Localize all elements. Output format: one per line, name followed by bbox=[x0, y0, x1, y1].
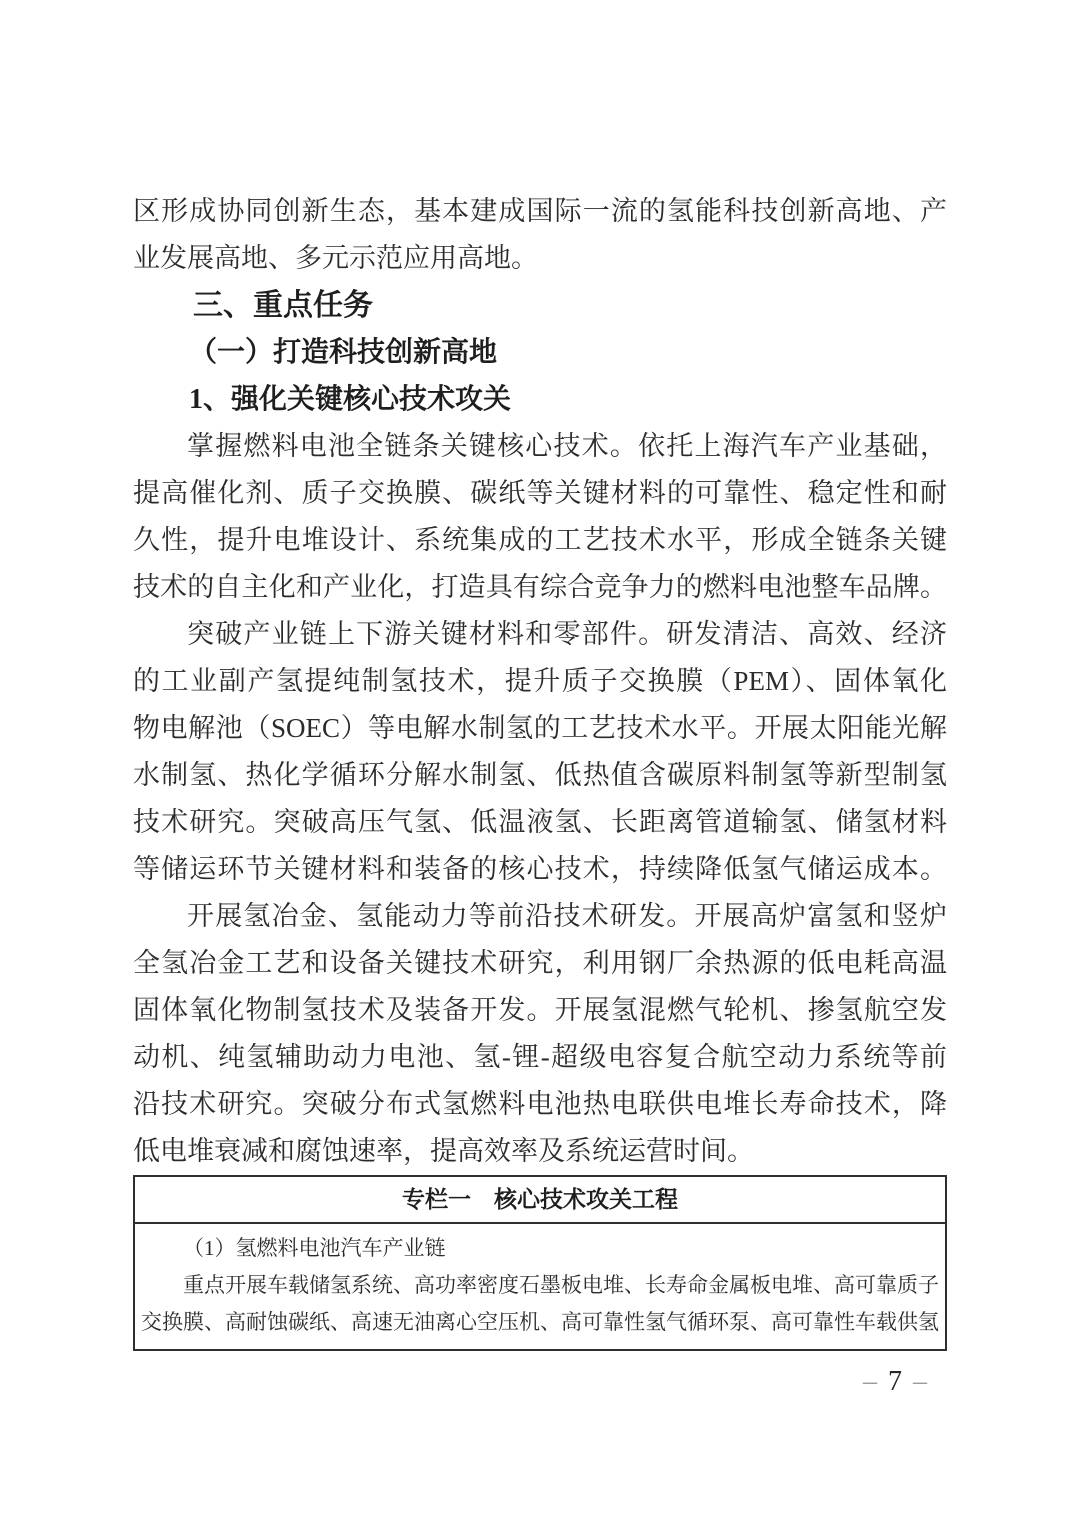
paragraph-line: 掌握燃料电池全链条关键核心技术。依托上海汽车产业基础， bbox=[133, 423, 947, 470]
intro-line-2: 业发展高地、多元示范应用高地。 bbox=[133, 235, 947, 282]
page-number: –7– bbox=[856, 1366, 934, 1398]
paragraph-line: 提高催化剂、质子交换膜、碳纸等关键材料的可靠性、稳定性和耐 bbox=[133, 470, 947, 517]
paragraph-line: 开展氢冶金、氢能动力等前沿技术研发。开展高炉富氢和竖炉 bbox=[133, 893, 947, 940]
page-number-dash-left: – bbox=[856, 1366, 884, 1397]
paragraph-line: 全氢冶金工艺和设备关键技术研究，利用钢厂余热源的低电耗高温 bbox=[133, 940, 947, 987]
paragraph-line: 技术的自主化和产业化，打造具有综合竞争力的燃料电池整车品牌。 bbox=[133, 564, 947, 611]
paragraph-line: 久性，提升电堆设计、系统集成的工艺技术水平，形成全链条关键 bbox=[133, 517, 947, 564]
paragraph-line: 物电解池（SOEC）等电解水制氢的工艺技术水平。开展太阳能光解 bbox=[133, 705, 947, 752]
paragraph-line: 沿技术研究。突破分布式氢燃料电池热电联供电堆长寿命技术，降 bbox=[133, 1081, 947, 1128]
paragraph-line: 固体氧化物制氢技术及装备开发。开展氢混燃气轮机、掺氢航空发 bbox=[133, 987, 947, 1034]
box-line: 重点开展车载储氢系统、高功率密度石墨板电堆、长寿命金属板电堆、高可靠质子 bbox=[141, 1267, 939, 1304]
section-heading: 三、重点任务 bbox=[133, 282, 947, 329]
feature-box-body: （1）氢燃料电池汽车产业链 重点开展车载储氢系统、高功率密度石墨板电堆、长寿命金… bbox=[135, 1224, 945, 1349]
paragraph-line: 低电堆衰减和腐蚀速率，提高效率及系统运营时间。 bbox=[133, 1128, 947, 1175]
paragraph-line: 水制氢、热化学循环分解水制氢、低热值含碳原料制氢等新型制氢 bbox=[133, 752, 947, 799]
subsection-heading: （一）打造科技创新高地 bbox=[133, 329, 947, 376]
page-number-dash-right: – bbox=[906, 1366, 934, 1397]
paragraph-line: 等储运环节关键材料和装备的核心技术，持续降低氢气储运成本。 bbox=[133, 846, 947, 893]
box-line: （1）氢燃料电池汽车产业链 bbox=[141, 1230, 939, 1267]
document-body: 区形成协同创新生态，基本建成国际一流的氢能科技创新高地、产 业发展高地、多元示范… bbox=[133, 188, 947, 1351]
paragraph-line: 技术研究。突破高压气氢、低温液氢、长距离管道输氢、储氢材料 bbox=[133, 799, 947, 846]
paragraph-line: 动机、纯氢辅助动力电池、氢-锂-超级电容复合航空动力系统等前 bbox=[133, 1034, 947, 1081]
paragraph-line: 突破产业链上下游关键材料和零部件。研发清洁、高效、经济 bbox=[133, 611, 947, 658]
feature-box-title: 专栏一 核心技术攻关工程 bbox=[135, 1177, 945, 1224]
feature-box-column-one: 专栏一 核心技术攻关工程 （1）氢燃料电池汽车产业链 重点开展车载储氢系统、高功… bbox=[133, 1175, 947, 1351]
page-number-value: 7 bbox=[884, 1366, 906, 1397]
item-heading: 1、强化关键核心技术攻关 bbox=[133, 376, 947, 423]
intro-line-1: 区形成协同创新生态，基本建成国际一流的氢能科技创新高地、产 bbox=[133, 188, 947, 235]
box-line: 交换膜、高耐蚀碳纸、高速无油离心空压机、高可靠性氢气循环泵、高可靠性车载供氢 bbox=[141, 1304, 939, 1341]
paragraph-line: 的工业副产氢提纯制氢技术，提升质子交换膜（PEM）、固体氧化 bbox=[133, 658, 947, 705]
